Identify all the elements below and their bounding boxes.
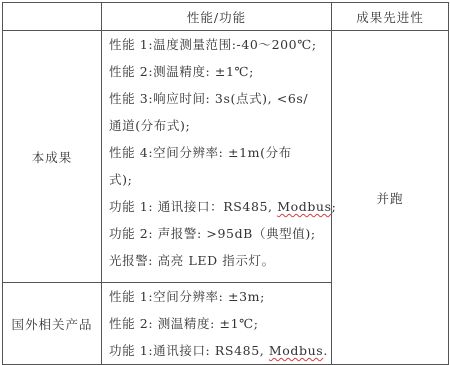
spec-line: 式); (109, 166, 331, 193)
comparison-table: 性能/功能 成果先进性 本成果 性能 1:温度测量范围:-40～200℃; 性能… (2, 2, 449, 365)
table-row-this-result: 本成果 性能 1:温度测量范围:-40～200℃; 性能 2:测温精度: ±1℃… (3, 31, 449, 283)
header-row: 性能/功能 成果先进性 (3, 3, 449, 31)
header-performance-function: 性能/功能 (102, 3, 332, 31)
advancement-cell: 并跑 (332, 31, 449, 365)
header-advancement: 成果先进性 (332, 3, 449, 31)
modbus-term: Modbus (277, 199, 331, 214)
spec-line: 性能 3:响应时间: 3s(点式), <6s/ (109, 85, 331, 112)
spec-punct: ; (332, 199, 337, 214)
spec-line-comm-interface: 功能 1: 通讯接口：RS485, Modbus; (109, 193, 331, 220)
spec-line: 性能 1:空间分辨率: ±3m; (109, 283, 331, 310)
spec-line: 性能 2: 测温精度: ±1℃; (109, 310, 331, 337)
spec-line: 通道(分布式); (109, 112, 331, 139)
spec-line: 光报警: 高亮 LED 指示灯。 (109, 247, 331, 274)
spec-line: 功能 2: 声报警: >95dB（典型值); (109, 220, 331, 247)
row-label-this-result: 本成果 (3, 31, 102, 283)
spec-line-comm-interface: 功能 1:通讯接口: RS485, Modbus. (109, 337, 331, 364)
spec-line: 性能 2:测温精度: ±1℃; (109, 58, 331, 85)
spec-text: 功能 1: 通讯接口：RS485, (109, 199, 277, 214)
header-blank (3, 3, 102, 31)
comparison-table-container: 性能/功能 成果先进性 本成果 性能 1:温度测量范围:-40～200℃; 性能… (2, 2, 448, 363)
spec-text: 功能 1:通讯接口: RS485, (109, 343, 269, 358)
spec-line: 性能 1:温度测量范围:-40～200℃; (109, 31, 331, 58)
modbus-term: Modbus (269, 343, 323, 358)
spec-line: 性能 4:空间分辨率: ±1m(分布 (109, 139, 331, 166)
row-label-foreign-products: 国外相关产品 (3, 283, 102, 365)
spec-list-foreign-products: 性能 1:空间分辨率: ±3m; 性能 2: 测温精度: ±1℃; 功能 1:通… (102, 283, 332, 365)
spec-punct: . (323, 343, 328, 358)
spec-list-this-result: 性能 1:温度测量范围:-40～200℃; 性能 2:测温精度: ±1℃; 性能… (102, 31, 332, 283)
